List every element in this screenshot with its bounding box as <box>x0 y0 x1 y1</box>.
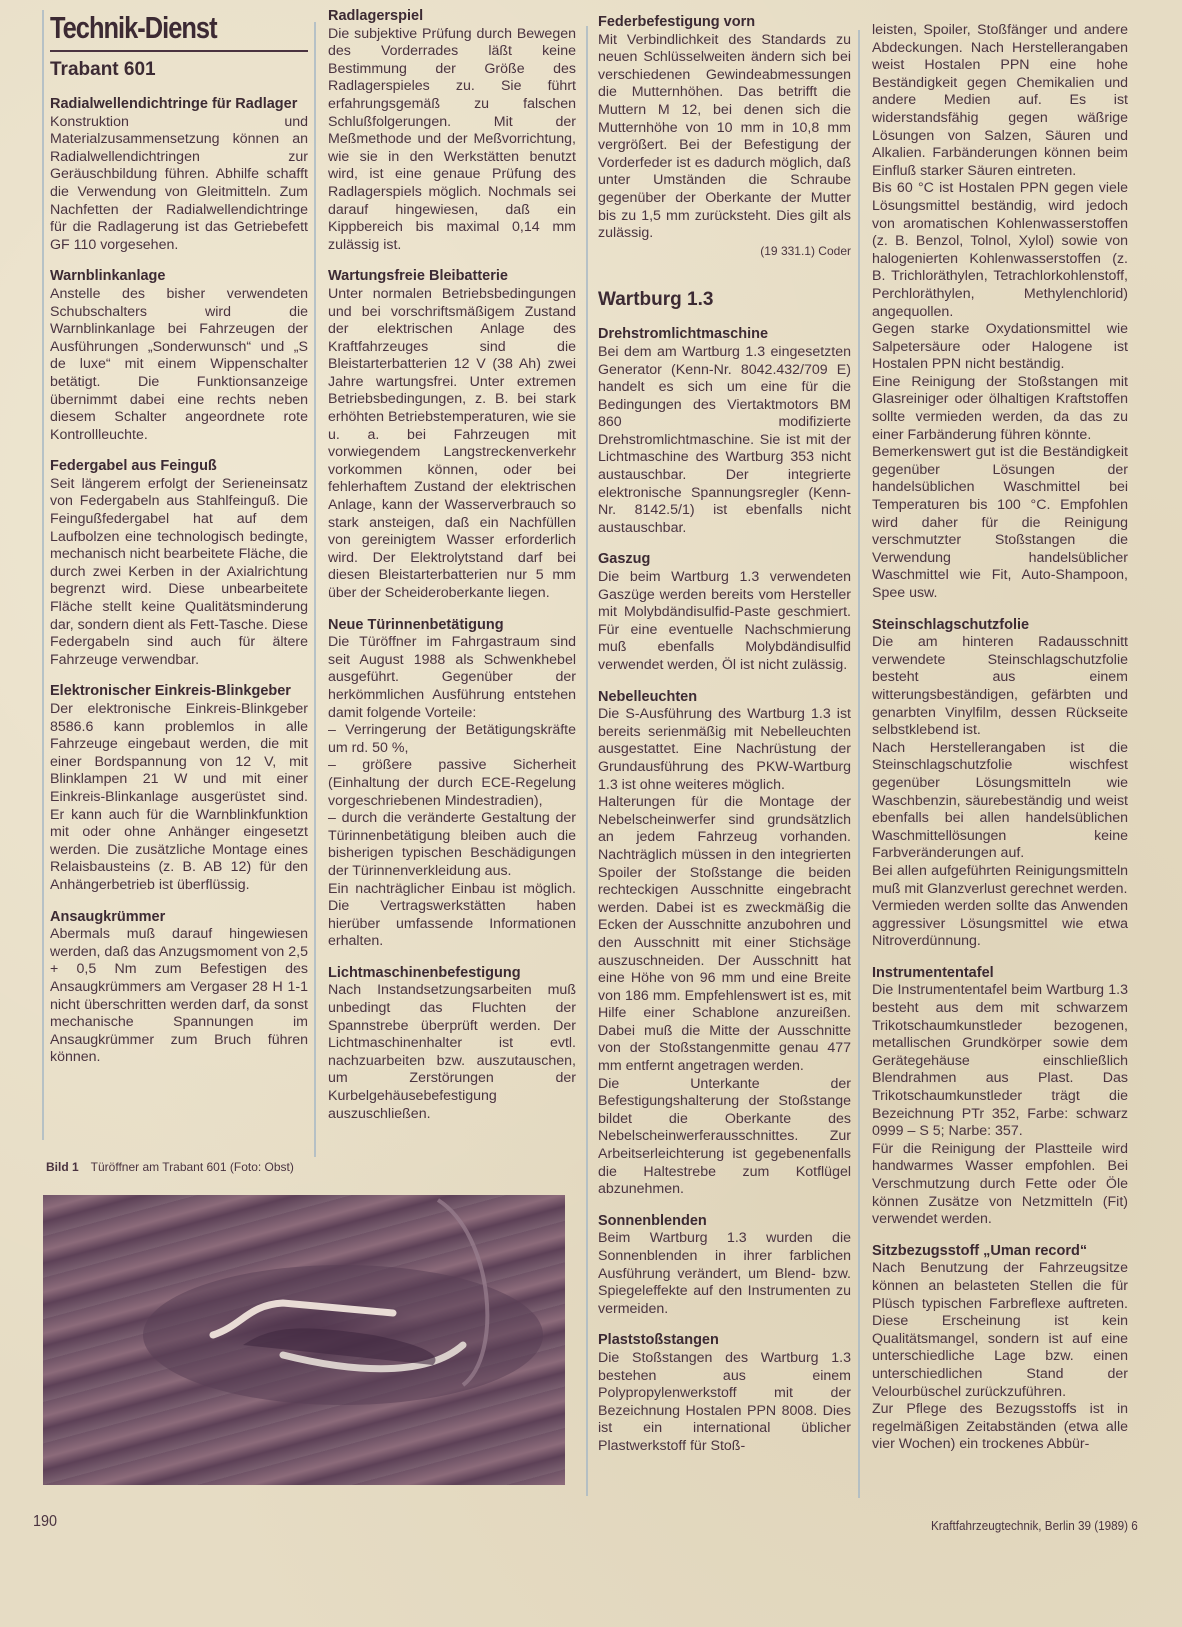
column-rule <box>42 10 44 1140</box>
article-body: Ein nachträglicher Einbau ist möglich. D… <box>328 881 576 951</box>
article-nebelleuchten: Nebelleuchten Die S-Ausführung des Wartb… <box>598 689 851 1199</box>
article-body: Bei allen aufgeführten Reinigungsmitteln… <box>872 863 1128 898</box>
article-body: Anstelle des bisher verwendeten Schubsch… <box>50 286 308 444</box>
article-federgabel: Federgabel aus Feinguß Seit längerem erf… <box>50 458 308 669</box>
article-body: Eine Reinigung der Stoßstangen mit Glasr… <box>872 374 1128 444</box>
article-sonnenblenden: Sonnenblenden Beim Wartburg 1.3 wurden d… <box>598 1213 851 1319</box>
article-body: Mit Verbindlichkeit des Standards zu neu… <box>598 32 851 243</box>
list-item: – durch die veränderte Gestaltung der Tü… <box>328 810 576 880</box>
article-body: Die Türöffner im Fahrgastraum sind seit … <box>328 634 576 722</box>
article-tuerinnenbetaetigung: Neue Türinnenbetätigung Die Türöffner im… <box>328 617 576 951</box>
article-body: Die beim Wartburg 1.3 verwendeten Gaszüg… <box>598 569 851 675</box>
article-heading: Warnblinkanlage <box>50 268 308 286</box>
column-rule <box>586 26 588 1496</box>
article-heading: Steinschlagschutzfolie <box>872 617 1128 635</box>
article-body: Halterungen für die Montage der Nebelsch… <box>598 794 851 1076</box>
article-body: Nach Herstellerangaben ist die Steinschl… <box>872 740 1128 863</box>
article-body: Die Instrumententafel beim Wartburg 1.3 … <box>872 982 1128 1140</box>
article-body: Der elektronische Einkreis-Blinkgeber 85… <box>50 701 308 895</box>
column-rule <box>314 22 316 1157</box>
article-heading: Wartungsfreie Bleibatterie <box>328 268 576 286</box>
article-heading: Gaszug <box>598 551 851 569</box>
article-heading: Radlagerspiel <box>328 8 576 26</box>
article-body: Nach Benutzung der Fahrzeugsitze können … <box>872 1260 1128 1401</box>
door-handle-photo <box>43 1195 565 1485</box>
article-body: Gegen starke Oxydationsmittel wie Salpet… <box>872 321 1128 374</box>
article-blinkgeber: Elektronischer Einkreis-Blinkgeber Der e… <box>50 683 308 894</box>
article-sitzbezugsstoff: Sitzbezugsstoff „Uman record“ Nach Benut… <box>872 1243 1128 1454</box>
article-body: Abermals muß darauf hingewiesen werden, … <box>50 926 308 1067</box>
article-body: Unter normalen Betriebsbedingungen und b… <box>328 286 576 603</box>
article-plaststossstangen-continued: leisten, Spoiler, Stoßfänger und andere … <box>872 22 1128 603</box>
figure-label: Bild 1 <box>46 1160 79 1174</box>
article-heading: Plaststoßstangen <box>598 1332 851 1350</box>
figure-caption-text: Türöffner am Trabant 601 (Foto: Obst) <box>91 1160 294 1174</box>
list-item: – Verringerung der Betätigungskräfte um … <box>328 722 576 757</box>
article-heading: Federbefestigung vorn <box>598 14 851 32</box>
article-body: Die S-Ausführung des Wartburg 1.3 ist be… <box>598 706 851 794</box>
list-item: – größere passive Sicherheit (Einhaltung… <box>328 757 576 810</box>
article-body: Seit längerem erfolgt der Serieneinsatz … <box>50 476 308 670</box>
article-heading: Drehstromlichtmaschine <box>598 326 851 344</box>
article-heading: Neue Türinnenbetätigung <box>328 617 576 635</box>
article-body: Zur Pflege des Bezugsstoffs ist in regel… <box>872 1401 1128 1454</box>
article-body: Konstruktion und Materialzusammensetzung… <box>50 114 308 255</box>
article-body: Die Stoßstangen des Wartburg 1.3 bestehe… <box>598 1350 851 1456</box>
article-body: Bemerkenswert gut ist die Beständigkeit … <box>872 444 1128 602</box>
page-number: 190 <box>33 1513 57 1531</box>
article-steinschlagschutzfolie: Steinschlagschutzfolie Die am hinteren R… <box>872 617 1128 951</box>
column-1: Technik-Dienst Trabant 601 Radialwellend… <box>50 8 308 1081</box>
column-3: Federbefestigung vorn Mit Verbindlichkei… <box>598 14 851 1470</box>
article-body: leisten, Spoiler, Stoßfänger und andere … <box>872 22 1128 180</box>
article-radialwellendichtringe: Radialwellendichtringe für Radlager Kons… <box>50 96 308 254</box>
section-title-wartburg: Wartburg 1.3 <box>598 288 851 312</box>
article-heading: Nebelleuchten <box>598 689 851 707</box>
article-radlagerspiel: Radlagerspiel Die subjektive Prüfung dur… <box>328 8 576 254</box>
article-ansaugkruemmer: Ansaugkrümmer Abermals muß darauf hingew… <box>50 909 308 1067</box>
masthead-title: Technik-Dienst <box>50 10 262 46</box>
article-body: Für die Reinigung der Plastteile wird ha… <box>872 1141 1128 1229</box>
article-body: Die am hinteren Radausschnitt verwendete… <box>872 634 1128 740</box>
article-instrumententafel: Instrumententafel Die Instrumententafel … <box>872 965 1128 1229</box>
column-2: Radlagerspiel Die subjektive Prüfung dur… <box>328 8 576 1137</box>
door-handle-illustration <box>43 1195 565 1485</box>
column-4: leisten, Spoiler, Stoßfänger und andere … <box>872 22 1128 1468</box>
article-warnblinkanlage: Warnblinkanlage Anstelle des bisher verw… <box>50 268 308 444</box>
article-heading: Elektronischer Einkreis-Blinkgeber <box>50 683 308 701</box>
article-drehstromlichtmaschine: Drehstromlichtmaschine Bei dem am Wartbu… <box>598 326 851 537</box>
article-body: Die Unterkante der Befestigungshalterung… <box>598 1076 851 1199</box>
article-gaszug: Gaszug Die beim Wartburg 1.3 verwendeten… <box>598 551 851 674</box>
article-body: Beim Wartburg 1.3 wurden die Sonnenblend… <box>598 1230 851 1318</box>
article-heading: Lichtmaschinenbefestigung <box>328 965 576 983</box>
article-body: Bei dem am Wartburg 1.3 eingesetzten Gen… <box>598 344 851 538</box>
article-body: Die subjektive Prüfung durch Bewegen des… <box>328 26 576 255</box>
column-rule <box>858 30 860 1498</box>
article-plaststossstangen: Plaststoßstangen Die Stoßstangen des War… <box>598 1332 851 1455</box>
article-heading: Radialwellendichtringe für Radlager <box>50 96 308 114</box>
article-bleibatterie: Wartungsfreie Bleibatterie Unter normale… <box>328 268 576 602</box>
article-heading: Sonnenblenden <box>598 1213 851 1231</box>
journal-citation: Kraftfahrzeugtechnik, Berlin 39 (1989) 6 <box>931 1518 1138 1533</box>
article-body: Nach Instandsetzungsarbeiten muß unbedin… <box>328 982 576 1123</box>
article-body: Vermieden werden sollte das Anwenden agg… <box>872 898 1128 951</box>
article-heading: Instrumententafel <box>872 965 1128 983</box>
article-heading: Federgabel aus Feinguß <box>50 458 308 476</box>
article-heading: Sitzbezugsstoff „Uman record“ <box>872 1243 1128 1261</box>
section-title-trabant: Trabant 601 <box>50 58 308 82</box>
figure-caption: Bild 1Türöffner am Trabant 601 (Foto: Ob… <box>46 1160 294 1174</box>
article-body: Bis 60 °C ist Hostalen PPN gegen viele L… <box>872 180 1128 321</box>
masthead-rule <box>50 50 308 52</box>
article-heading: Ansaugkrümmer <box>50 909 308 927</box>
article-attribution: (19 331.1) Coder <box>598 243 851 261</box>
article-lichtmaschinenbefestigung: Lichtmaschinenbefestigung Nach Instandse… <box>328 965 576 1123</box>
article-federbefestigung: Federbefestigung vorn Mit Verbindlichkei… <box>598 14 851 260</box>
